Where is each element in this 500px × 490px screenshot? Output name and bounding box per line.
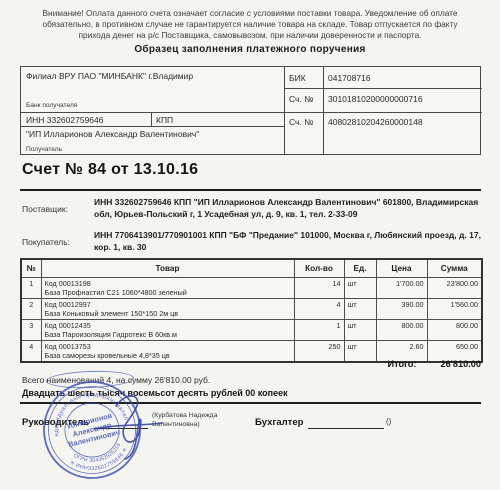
- total-label: Итого:: [388, 359, 417, 369]
- item-price: 390.00: [376, 299, 427, 320]
- bank-name-label: Банк получателя: [26, 102, 77, 109]
- item-sum: 1'560.00: [427, 299, 482, 320]
- invoice-title: Счет № 84 от 13.10.16: [22, 161, 198, 179]
- kpp-label: КПП: [156, 115, 173, 125]
- items-header-row: № Товар Кол-во Ед. Цена Сумма: [21, 259, 482, 278]
- item-desc: База Профнастил С21 1060*4800 зеленый: [45, 288, 291, 297]
- item-price: 1'700.00: [376, 278, 427, 299]
- bank-table-divider: [21, 112, 482, 113]
- account-label: Сч. №: [289, 117, 313, 127]
- item-qty: 250: [294, 341, 344, 363]
- bank-table-divider: [21, 126, 284, 127]
- payee-name: "ИП Илларионов Александр Валентинович": [26, 129, 199, 139]
- item-code: Код 00012435: [45, 321, 291, 330]
- item-sum: 23'800.00: [427, 278, 482, 299]
- item-number: 1: [21, 278, 41, 299]
- col-header-unit: Ед.: [344, 259, 376, 278]
- col-header-goods: Товар: [41, 259, 294, 278]
- bank-table-divider: [284, 88, 482, 89]
- item-goods: Код 00012435 База Пароизоляция Гидротекс…: [41, 320, 294, 341]
- item-code: Код 00012997: [45, 300, 291, 309]
- payment-order-sample-title: Образец заполнения платежного поручения: [0, 44, 500, 55]
- buyer-value: ИНН 7706413901/770901001 КПП "БФ "Предан…: [94, 230, 482, 253]
- total-value: 26'810.00: [440, 359, 481, 369]
- items-table: № Товар Кол-во Ед. Цена Сумма 1 Код 0001…: [20, 258, 483, 363]
- bank-name: Филиал ВРУ ПАО "МИНБАНК" г.Владимир: [26, 71, 193, 81]
- table-row: 3 Код 00012435 База Пароизоляция Гидроте…: [21, 320, 482, 341]
- item-desc: База Пароизоляция Гидротекс В 60кв.м: [45, 330, 291, 339]
- table-row: 1 Код 00013198 База Профнастил С21 1060*…: [21, 278, 482, 299]
- bank-requisites-table: Филиал ВРУ ПАО "МИНБАНК" г.Владимир Банк…: [20, 66, 481, 155]
- item-desc: База Коньковый элемент 150*150 2м цв: [45, 309, 291, 318]
- corr-account-label: Сч. №: [289, 94, 313, 104]
- item-code: Код 00013198: [45, 279, 291, 288]
- item-qty: 1: [294, 320, 344, 341]
- director-handwritten-signature: [80, 388, 180, 463]
- item-code: Код 00013753: [45, 342, 291, 351]
- payment-terms-notice: Внимание! Оплата данного счета означает …: [38, 8, 462, 41]
- payee-inn: ИНН 332602759646: [26, 115, 103, 125]
- col-header-qty: Кол-во: [294, 259, 344, 278]
- item-goods: Код 00013198 База Профнастил С21 1060*48…: [41, 278, 294, 299]
- col-header-sum: Сумма: [427, 259, 482, 278]
- supplier-value: ИНН 332602759646 КПП "ИП Илларионов Алек…: [94, 197, 482, 220]
- item-price: 800.00: [376, 320, 427, 341]
- item-qty: 14: [294, 278, 344, 299]
- item-unit: шт: [344, 278, 376, 299]
- item-unit: шт: [344, 341, 376, 363]
- accountant-signature-line: [308, 428, 384, 429]
- invoice-document: Внимание! Оплата данного счета означает …: [0, 0, 500, 490]
- item-unit: шт: [344, 299, 376, 320]
- signature-graphic: [80, 388, 180, 463]
- horizontal-rule: [20, 189, 481, 191]
- bank-table-divider: [323, 67, 324, 154]
- payee-label: Получатель: [26, 146, 62, 153]
- item-sum: 800.00: [427, 320, 482, 341]
- item-goods: Код 00013753 База саморезы кровельные 4,…: [41, 341, 294, 363]
- col-header-price: Цена: [376, 259, 427, 278]
- supplier-label: Поставщик:: [22, 204, 68, 214]
- accountant-name: (): [386, 418, 391, 427]
- item-unit: шт: [344, 320, 376, 341]
- table-row: 2 Код 00012997 База Коньковый элемент 15…: [21, 299, 482, 320]
- item-goods: Код 00012997 База Коньковый элемент 150*…: [41, 299, 294, 320]
- item-number: 2: [21, 299, 41, 320]
- bik-value: 041708716: [328, 73, 371, 83]
- total-row: Итого:26'810.00: [388, 359, 482, 369]
- corr-account-value: 30101810200000000716: [328, 94, 423, 104]
- item-desc: База саморезы кровельные 4,8*35 цв: [45, 351, 291, 360]
- account-value: 40802810204260000148: [328, 117, 423, 127]
- buyer-label: Покупатель:: [22, 237, 70, 247]
- item-number: 4: [21, 341, 41, 363]
- bik-label: БИК: [289, 73, 306, 83]
- item-number: 3: [21, 320, 41, 341]
- accountant-label: Бухгалтер: [255, 417, 303, 428]
- bank-table-divider: [284, 67, 285, 154]
- col-header-number: №: [21, 259, 41, 278]
- item-qty: 4: [294, 299, 344, 320]
- bank-table-divider: [151, 112, 152, 126]
